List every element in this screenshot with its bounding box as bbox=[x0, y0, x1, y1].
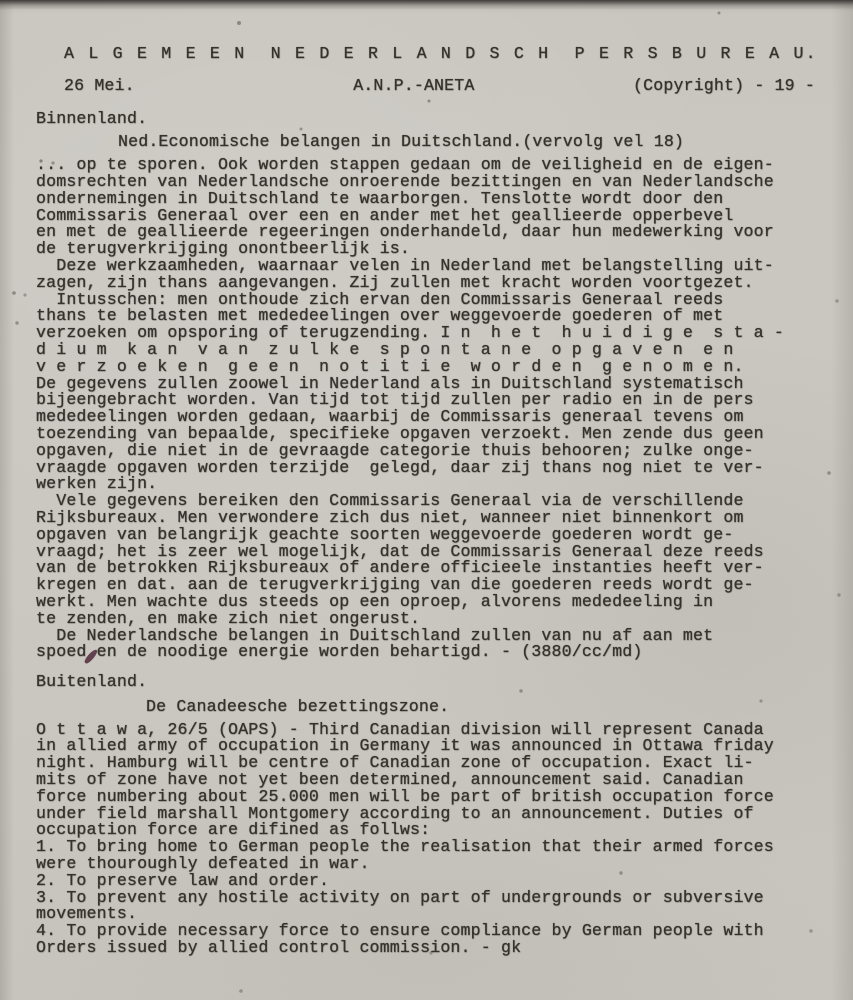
paragraph: ... op te sporen. Ook worden stappen ged… bbox=[36, 157, 815, 258]
numbered-duties-list: 1. To bring home to German people the re… bbox=[36, 839, 815, 957]
paragraph: Intusschen: men onthoude zich ervan den … bbox=[36, 292, 815, 494]
section-label-buitenland: Buitenland. bbox=[36, 674, 815, 691]
paragraph: O t t a w a, 26/5 (OAPS) - Third Canadia… bbox=[36, 722, 815, 840]
agency-masthead: A L G E M E E N N E D E R L A N D S C H … bbox=[36, 46, 815, 63]
press-service-name: A.N.P.-ANETA bbox=[353, 78, 633, 95]
issue-date: 26 Mei. bbox=[36, 78, 353, 95]
article-body-buitenland: O t t a w a, 26/5 (OAPS) - Third Canadia… bbox=[36, 722, 815, 957]
article-title-buitenland: De Canadeesche bezettingszone. bbox=[36, 699, 815, 716]
paragraph: Deze werkzaamheden, waarnaar velen in Ne… bbox=[36, 258, 815, 292]
section-label-binnenland: Binnenland. bbox=[36, 111, 815, 128]
copyright-page-number: (Copyright) - 19 - bbox=[633, 78, 815, 95]
article-title-binnenland: Ned.Economische belangen in Duitschland.… bbox=[36, 134, 815, 151]
scanned-document-page: A L G E M E E N N E D E R L A N D S C H … bbox=[0, 0, 853, 1000]
paragraph: De Nederlandsche belangen in Duitschland… bbox=[36, 628, 815, 662]
article-body-binnenland: ... op te sporen. Ook worden stappen ged… bbox=[36, 157, 815, 661]
paragraph: Vele gegevens bereiken den Commissaris G… bbox=[36, 493, 815, 627]
document-content: A L G E M E E N N E D E R L A N D S C H … bbox=[0, 0, 853, 957]
dateline-row: 26 Mei. A.N.P.-ANETA (Copyright) - 19 - bbox=[36, 78, 815, 95]
